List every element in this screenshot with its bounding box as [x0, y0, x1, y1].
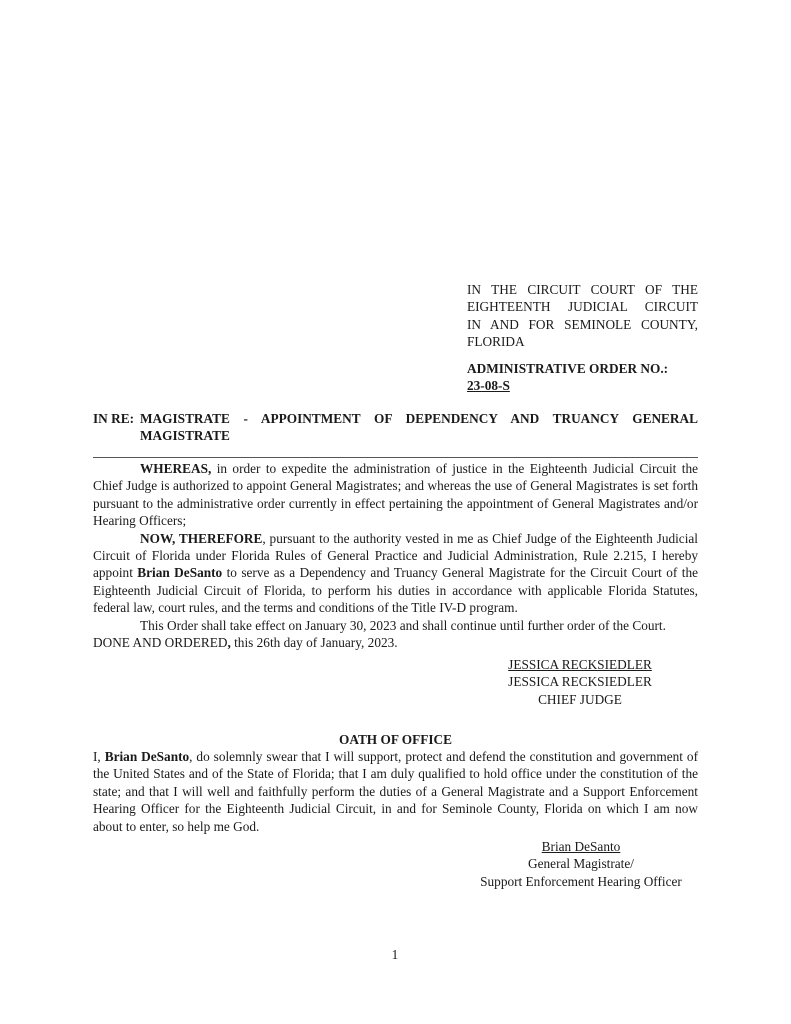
horizontal-rule — [93, 457, 698, 458]
caption-line: IN THE CIRCUIT COURT OF THE — [467, 281, 698, 298]
whereas-paragraph: WHEREAS, in order to expedite the admini… — [93, 460, 698, 530]
order-body: WHEREAS, in order to expedite the admini… — [93, 460, 698, 651]
done-lead: DONE AND ORDERED — [93, 635, 227, 650]
now-therefore-paragraph: NOW, THEREFORE, pursuant to the authorit… — [93, 530, 698, 617]
oath-prefix: I, — [93, 749, 105, 764]
caption-line: FLORIDA — [467, 333, 698, 350]
in-re-line-2: MAGISTRATE — [140, 428, 230, 443]
effective-text: This Order shall take effect on January … — [140, 618, 666, 633]
order-number: 23-08-S — [467, 377, 707, 394]
magistrate-signature: Brian DeSanto — [450, 838, 712, 855]
judge-title: CHIEF JUDGE — [470, 691, 690, 708]
effective-paragraph: This Order shall take effect on January … — [93, 617, 698, 634]
now-therefore-lead: NOW, THEREFORE — [140, 531, 262, 546]
magistrate-signature-block: Brian DeSanto General Magistrate/ Suppor… — [450, 838, 712, 890]
caption-line: EIGHTEENTH JUDICIAL CIRCUIT — [467, 298, 698, 315]
appointee-name: Brian DeSanto — [137, 565, 222, 580]
judge-name: JESSICA RECKSIEDLER — [470, 673, 690, 690]
page-number: 1 — [380, 946, 410, 963]
magistrate-title-1: General Magistrate/ — [450, 855, 712, 872]
oath-paragraph: I, Brian DeSanto, do solemnly swear that… — [93, 748, 698, 835]
judge-signature: JESSICA RECKSIEDLER — [470, 656, 690, 673]
document-page: IN THE CIRCUIT COURT OF THE EIGHTEENTH J… — [0, 0, 791, 1024]
court-caption: IN THE CIRCUIT COURT OF THE EIGHTEENTH J… — [467, 281, 698, 351]
oath-title: OATH OF OFFICE — [93, 731, 698, 748]
whereas-lead: WHEREAS, — [140, 461, 211, 476]
in-re-label: IN RE: — [93, 410, 140, 445]
order-label: ADMINISTRATIVE ORDER NO.: — [467, 361, 668, 376]
in-re-subject: MAGISTRATE - APPOINTMENT OF DEPENDENCY A… — [140, 410, 698, 445]
administrative-order-number: ADMINISTRATIVE ORDER NO.: 23-08-S — [467, 360, 707, 395]
done-text: this 26th day of January, 2023. — [231, 635, 398, 650]
done-and-ordered-paragraph: DONE AND ORDERED, this 26th day of Janua… — [93, 634, 698, 651]
caption-line: IN AND FOR SEMINOLE COUNTY, — [467, 316, 698, 333]
in-re-line-1: MAGISTRATE - APPOINTMENT OF DEPENDENCY A… — [140, 410, 698, 427]
judge-signature-block: JESSICA RECKSIEDLER JESSICA RECKSIEDLER … — [470, 656, 690, 708]
in-re-heading: IN RE: MAGISTRATE - APPOINTMENT OF DEPEN… — [93, 410, 698, 445]
oath-name: Brian DeSanto — [105, 749, 189, 764]
magistrate-title-2: Support Enforcement Hearing Officer — [450, 873, 712, 890]
